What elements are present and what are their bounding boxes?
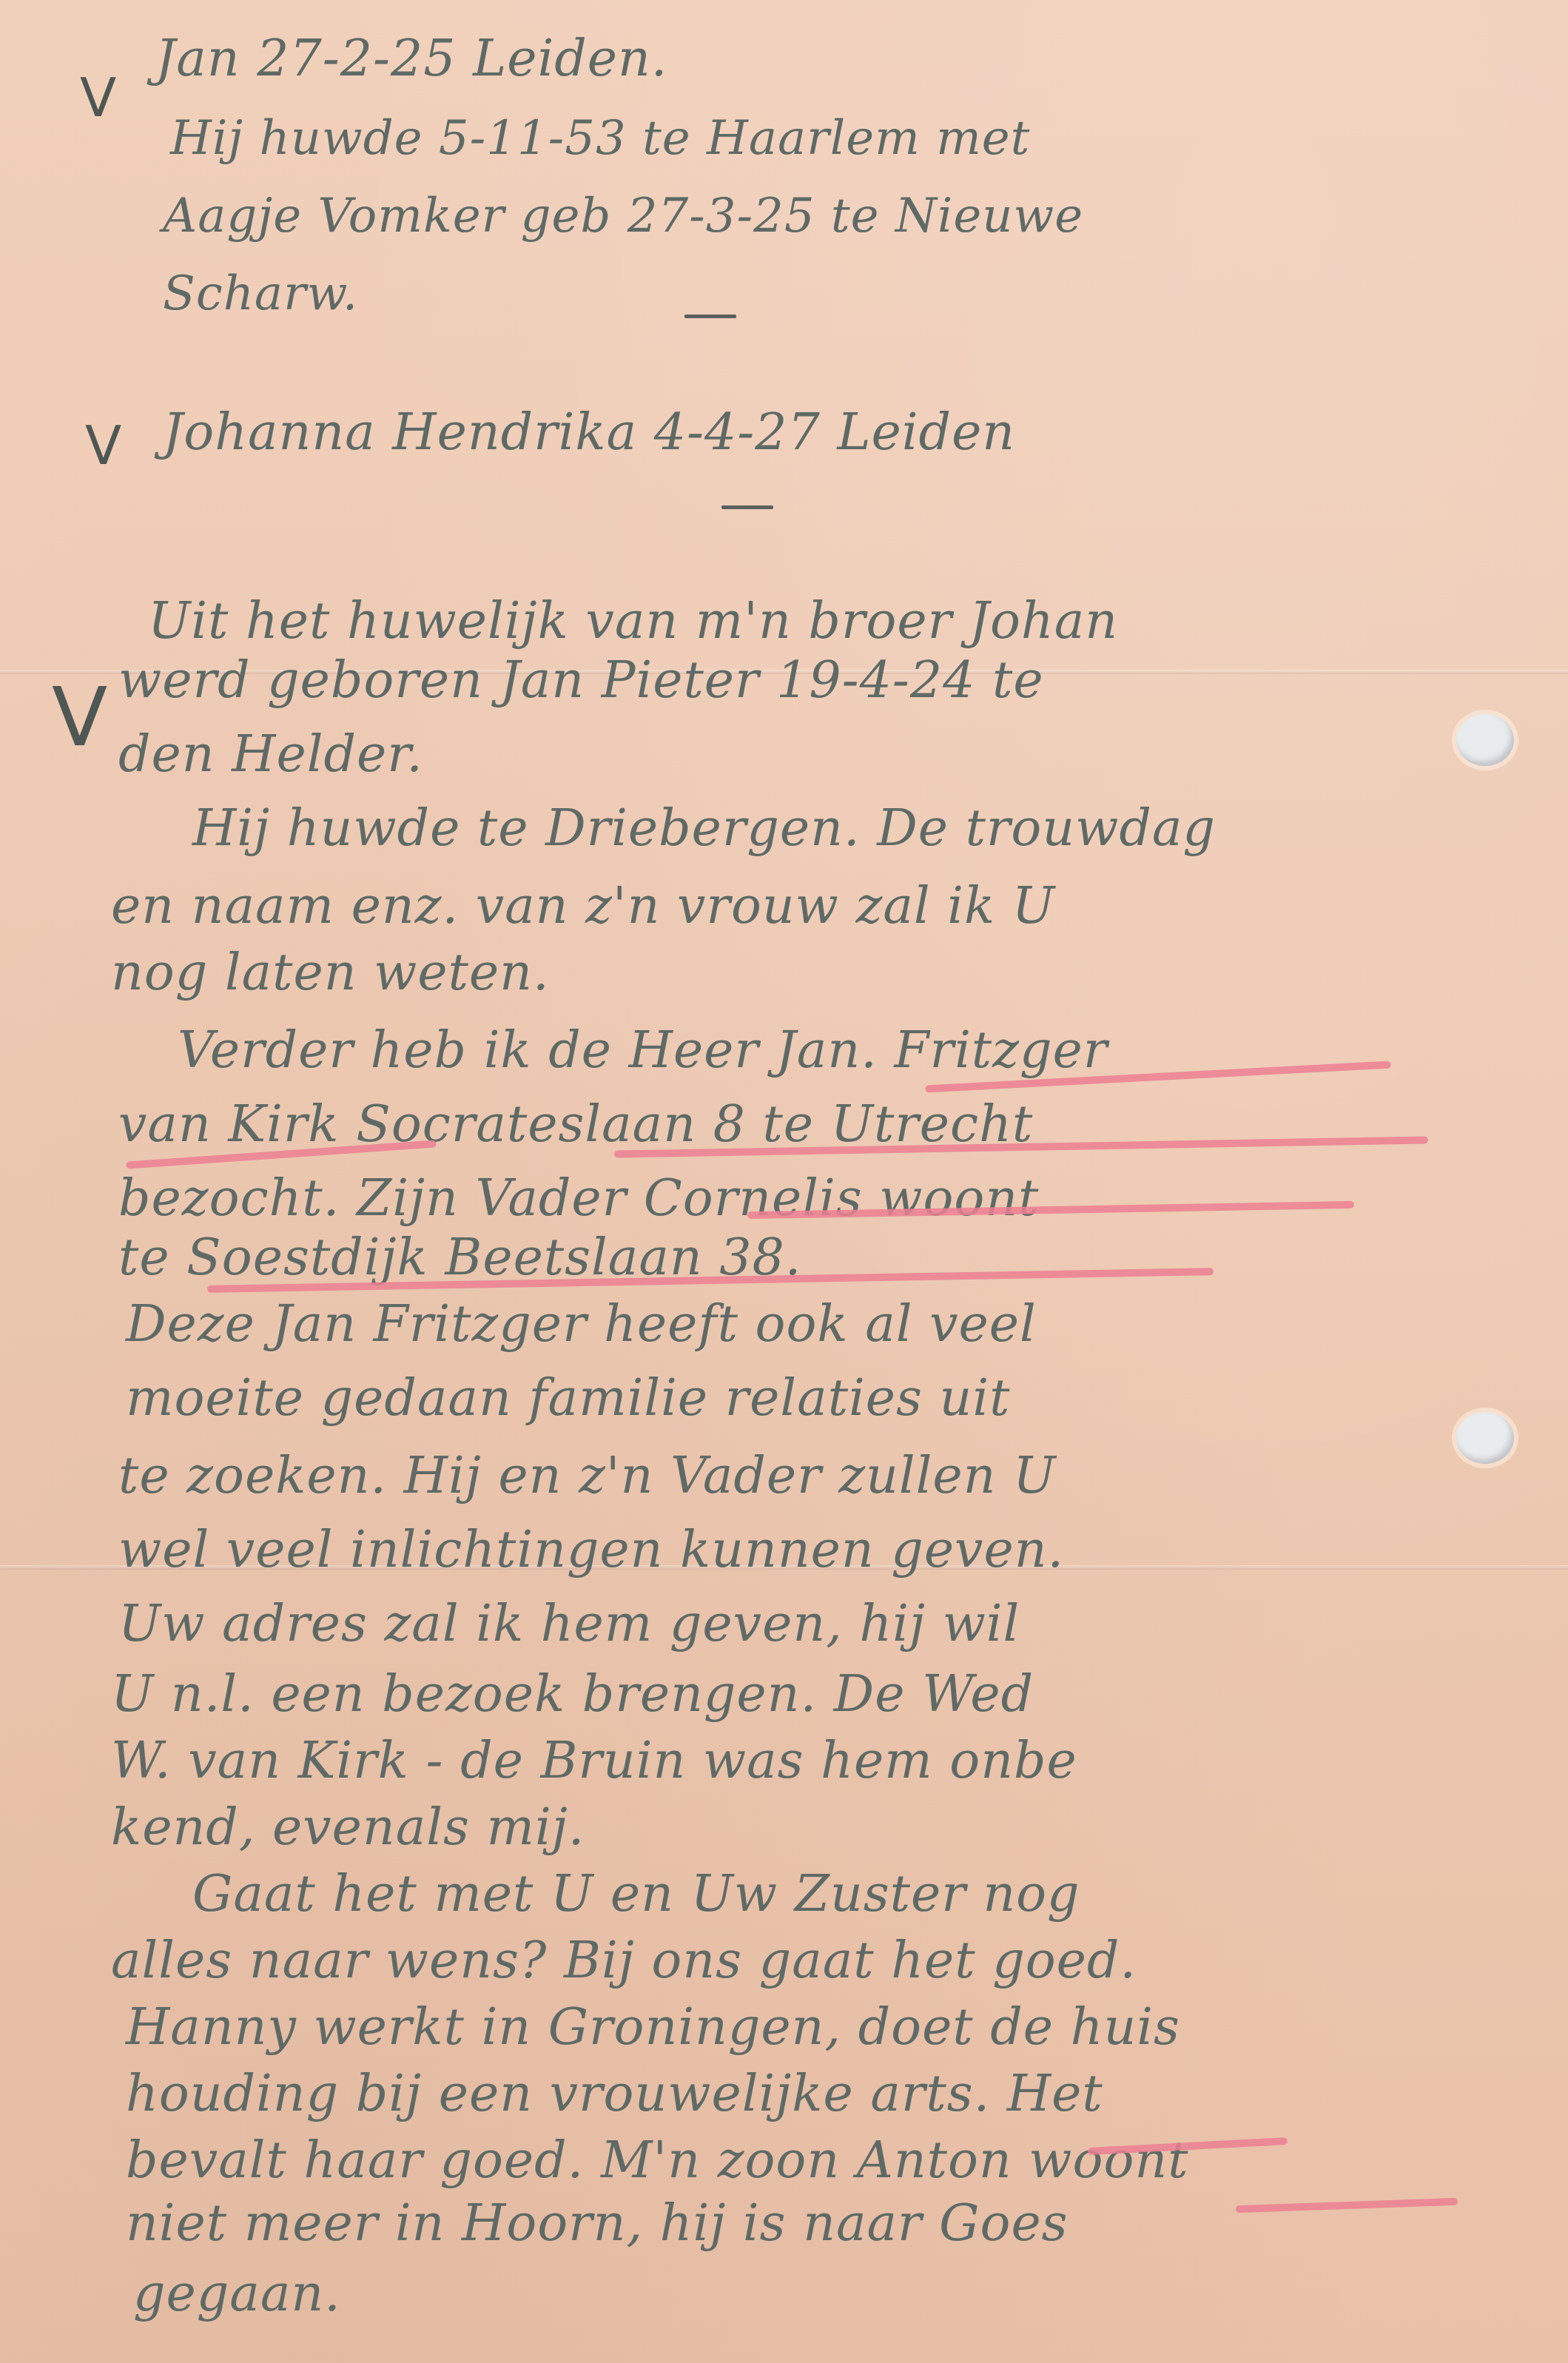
check-mark: V xyxy=(85,414,121,477)
entry-johanna-line1: Johanna Hendrika 4-4-27 Leiden xyxy=(163,403,1015,462)
letter-line: Hanny werkt in Groningen, doet de huis xyxy=(126,1998,1180,2057)
letter-line: W. van Kirk - de Bruin was hem onbe xyxy=(111,1732,1077,1790)
letter-line: bezocht. Zijn Vader Cornelis woont xyxy=(118,1169,1040,1228)
letter-line: Gaat het met U en Uw Zuster nog xyxy=(192,1865,1080,1923)
punch-hole xyxy=(1456,1412,1514,1464)
letter-line: wel veel inlichtingen kunnen geven. xyxy=(118,1521,1064,1579)
separator-dash xyxy=(721,505,773,509)
letter-line: niet meer in Hoorn, hij is naar Goes xyxy=(126,2194,1069,2253)
letter-line: bevalt haar goed. M'n zoon Anton woont xyxy=(126,2131,1189,2190)
letter-line: nog laten weten. xyxy=(111,944,550,1002)
entry-jan-line3: Aagje Vomker geb 27-3-25 te Nieuwe xyxy=(163,189,1083,243)
letter-line: Uit het huwelijk van m'n broer Johan xyxy=(148,592,1118,651)
letter-line: werd geboren Jan Pieter 19-4-24 te xyxy=(118,651,1044,710)
letter-line: houding bij een vrouwelijke arts. Het xyxy=(126,2065,1103,2123)
letter-line: Uw adres zal ik hem geven, hij wil xyxy=(118,1595,1020,1653)
check-mark: V xyxy=(52,670,107,764)
letter-line: alles naar wens? Bij ons gaat het goed. xyxy=(111,1932,1137,1990)
separator-dash xyxy=(684,315,736,318)
letter-line: en naam enz. van z'n vrouw zal ik U xyxy=(111,877,1055,935)
punch-hole xyxy=(1456,714,1514,766)
letter-line: kend, evenals mij. xyxy=(111,1798,585,1857)
entry-jan-line4: Scharw. xyxy=(163,266,358,321)
letter-line: U n.l. een bezoek brengen. De Wed xyxy=(111,1665,1034,1724)
letter-line: Deze Jan Fritzger heeft ook al veel xyxy=(126,1295,1037,1354)
letter-line: te zoeken. Hij en z'n Vader zullen U xyxy=(118,1447,1056,1505)
letter-line: den Helder. xyxy=(118,725,423,784)
entry-jan-line1: Jan 27-2-25 Leiden. xyxy=(155,30,667,88)
letter-line: moeite gedaan familie relaties uit xyxy=(126,1369,1010,1428)
letter-line: gegaan. xyxy=(133,2265,341,2323)
check-mark: V xyxy=(80,67,116,129)
letter-line: Verder heb ik de Heer Jan. Fritzger xyxy=(178,1021,1108,1080)
letter-line: Hij huwde te Driebergen. De trouwdag xyxy=(192,799,1216,858)
entry-jan-line2: Hij huwde 5-11-53 te Haarlem met xyxy=(170,111,1030,166)
